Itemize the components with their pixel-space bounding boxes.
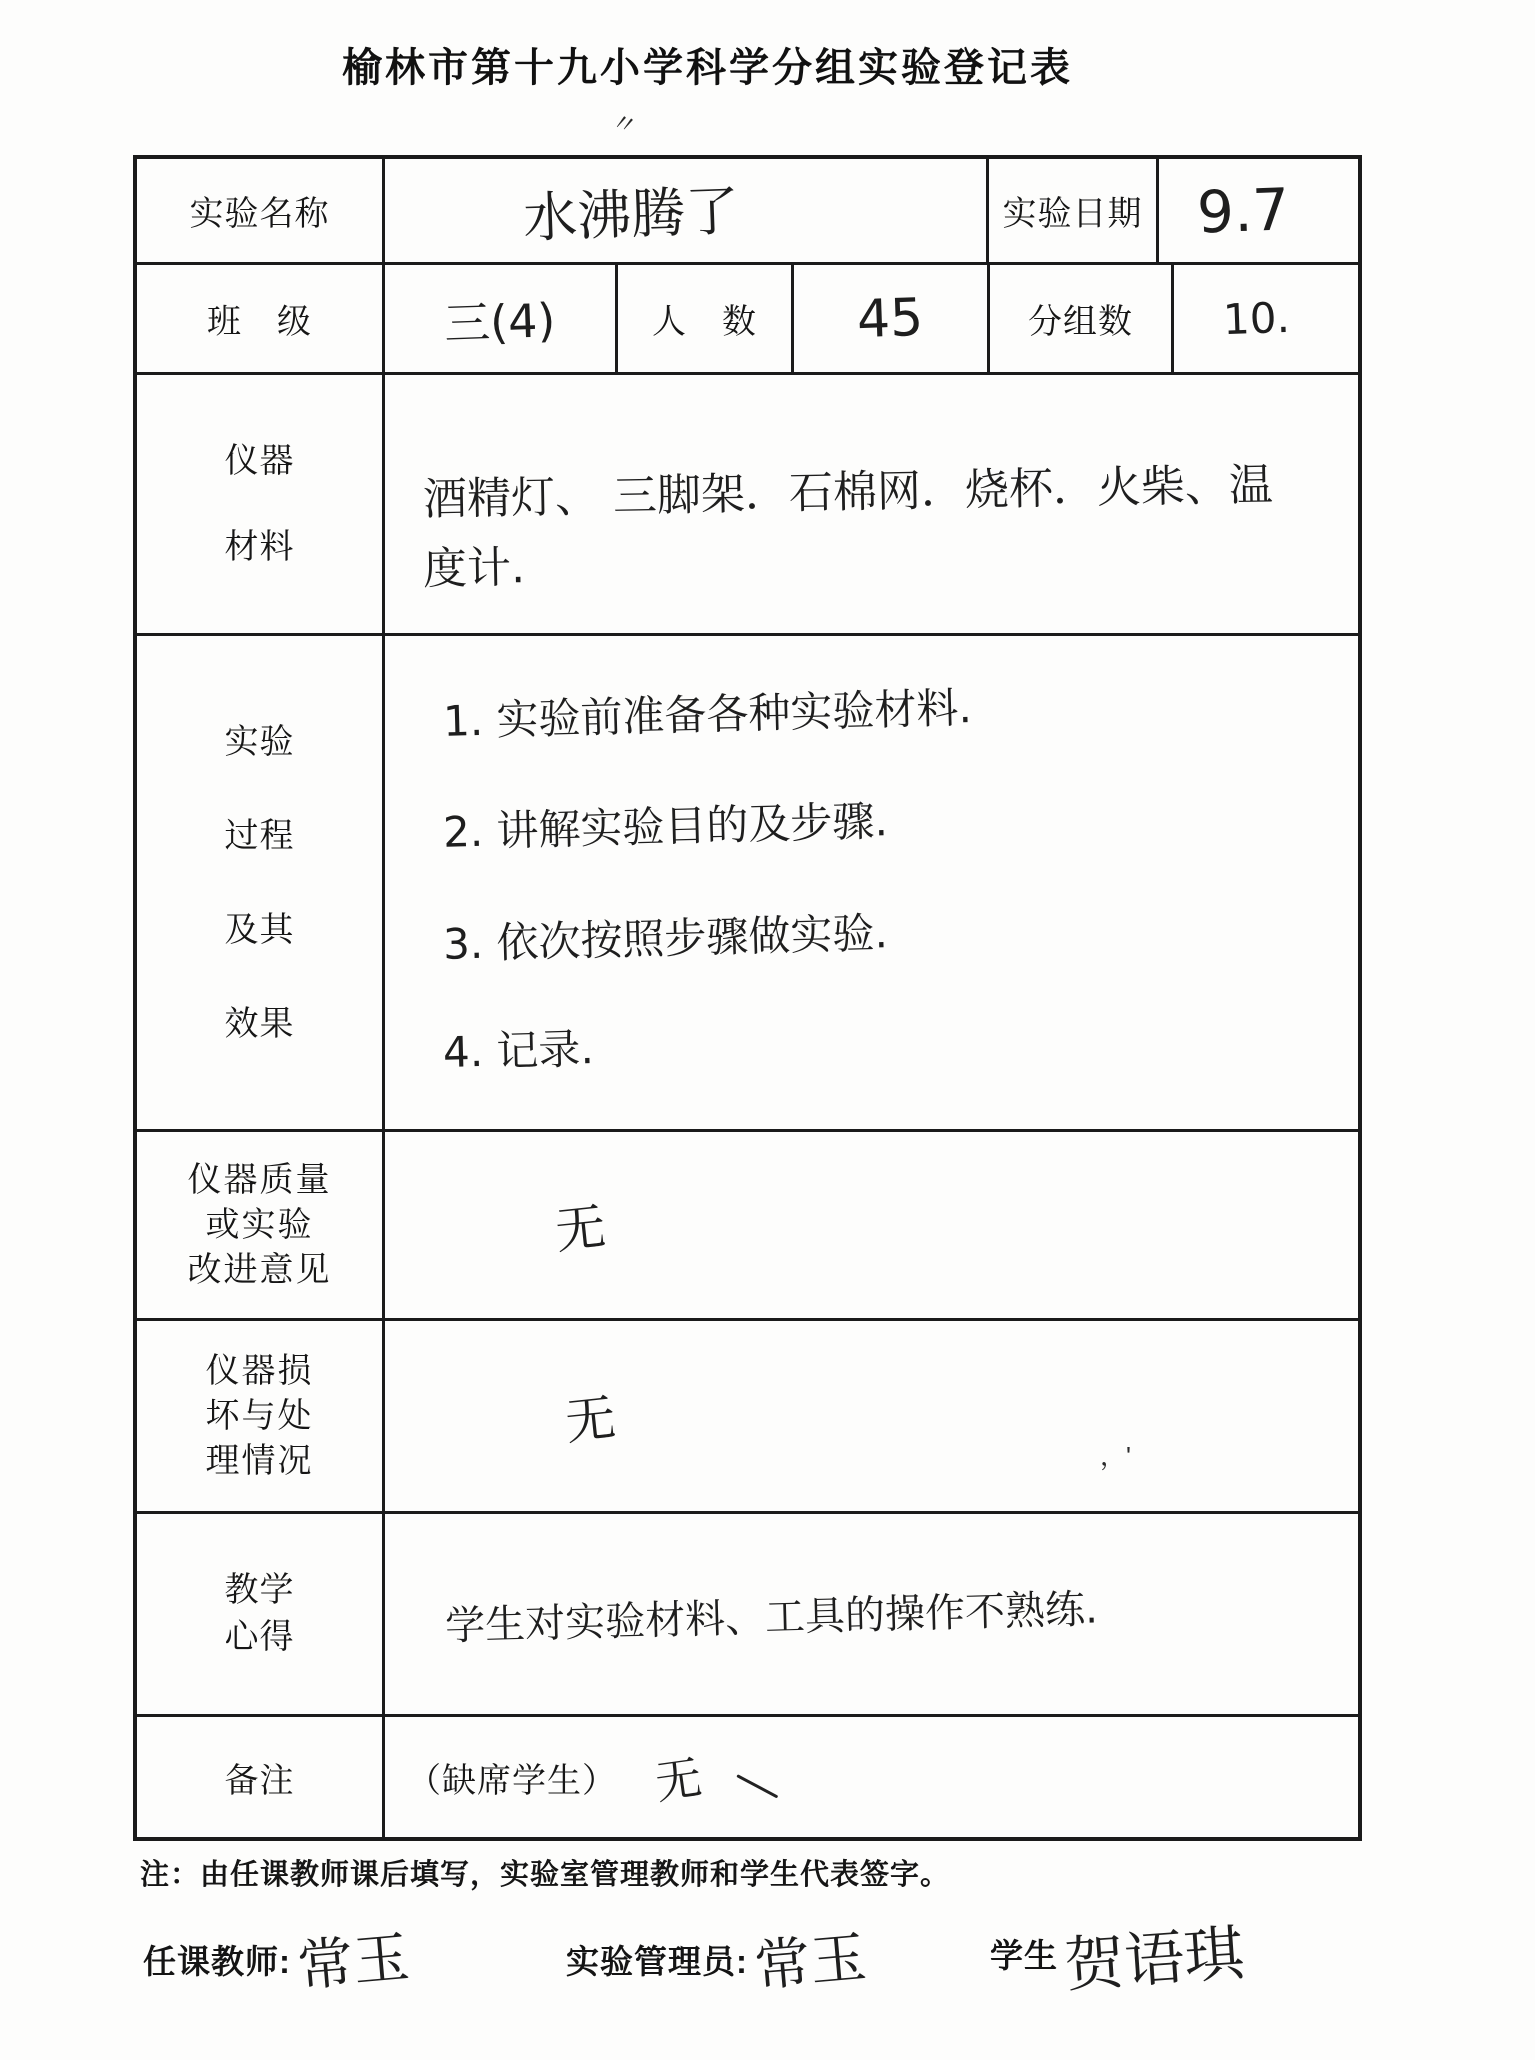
cell-experiment-name-label: 实验名称 xyxy=(137,159,385,262)
row-teaching-notes: 教学 心得 学生对实验材料、工具的操作不熟练. xyxy=(137,1514,1358,1717)
damage-label-line2: 坏与处 xyxy=(206,1394,314,1439)
manager-signature-label: 实验管理员: xyxy=(566,1918,748,1983)
scanned-form-page: 榆林市第十九小学科学分组实验登记表 〃 实验名称 水沸腾了 实验日期 9.7 班… xyxy=(0,0,1535,2060)
cell-class-value: 三(4) xyxy=(385,265,618,372)
process-step-4: 4. 记录. xyxy=(442,993,596,1109)
process-step-3: 3. 依次按照步骤做实验. xyxy=(442,877,890,1001)
teaching-handwritten: 学生对实验材料、工具的操作不熟练. xyxy=(444,1577,1098,1651)
damage-label-line3: 理情况 xyxy=(206,1439,314,1484)
teaching-label-line2: 心得 xyxy=(225,1614,295,1661)
row-experiment-name: 实验名称 水沸腾了 实验日期 9.7 xyxy=(137,159,1358,265)
class-handwritten: 三(4) xyxy=(443,284,556,354)
quality-label-line3: 改进意见 xyxy=(188,1248,332,1293)
process-label-line1: 实验 xyxy=(225,695,295,789)
quality-label-line2: 或实验 xyxy=(206,1203,314,1248)
teacher-signature-handwritten: 常玉 xyxy=(294,1913,413,2002)
cell-teaching-label: 教学 心得 xyxy=(137,1514,385,1714)
experiment-name-label: 实验名称 xyxy=(190,186,330,235)
cell-experiment-date-label: 实验日期 xyxy=(989,159,1159,262)
experiment-registration-table: 实验名称 水沸腾了 实验日期 9.7 班 级 三(4) 人 数 xyxy=(133,155,1362,1841)
apparatus-label-line2: 材料 xyxy=(225,504,295,590)
cell-remarks-value: （缺席学生） 无 xyxy=(385,1717,1358,1837)
process-step-1: 1. 实验前准备各种实验材料. xyxy=(442,652,974,778)
student-signature-group: 学生 贺语琪 xyxy=(990,1912,1244,1998)
cell-quality-label: 仪器质量 或实验 改进意见 xyxy=(137,1132,385,1318)
manager-signature-handwritten: 常玉 xyxy=(751,1913,870,2002)
cell-headcount-label: 人 数 xyxy=(618,265,794,372)
process-step-2: 2. 讲解实验目的及步骤. xyxy=(442,765,890,889)
pen-flourish xyxy=(736,1774,778,1798)
teacher-signature-group: 任课教师: 常玉 xyxy=(143,1918,409,1998)
scan-stray-mark-top: 〃 xyxy=(607,101,643,144)
footer-instruction-note: 注：由任课教师课后填写，实验室管理教师和学生代表签字。 xyxy=(140,1852,950,1893)
experiment-date-handwritten: 9.7 xyxy=(1196,175,1291,246)
row-class-info: 班 级 三(4) 人 数 45 分组数 10. xyxy=(137,265,1358,375)
student-signature-label: 学生 xyxy=(990,1912,1058,1977)
cell-class-label: 班 级 xyxy=(137,265,385,372)
form-title: 榆林市第十九小学科学分组实验登记表 xyxy=(0,36,1535,93)
scan-stray-mark-row6: ，' xyxy=(1100,1436,1131,1473)
cell-quality-value: 无 xyxy=(385,1132,1358,1318)
apparatus-handwritten-line1: 酒精灯、 三脚架．石棉网．烧杯．火柴、温 xyxy=(422,448,1273,539)
cell-group-count-value: 10. xyxy=(1174,265,1358,372)
remarks-handwritten-none: 无 xyxy=(651,1741,706,1813)
absent-students-prefix: （缺席学生） xyxy=(407,1753,617,1802)
process-label-line4: 效果 xyxy=(225,977,295,1071)
damage-label-line1: 仪器损 xyxy=(206,1349,314,1394)
apparatus-handwritten-line2: 度计. xyxy=(422,530,525,608)
quality-handwritten-none: 无 xyxy=(551,1187,608,1264)
row-damage-handling: 仪器损 坏与处 理情况 无 ，' xyxy=(137,1321,1358,1514)
process-label-line2: 过程 xyxy=(225,789,295,883)
group-count-label: 分组数 xyxy=(1028,294,1133,343)
damage-handwritten-none: 无 xyxy=(561,1378,618,1455)
manager-signature-group: 实验管理员: 常玉 xyxy=(566,1918,866,1998)
cell-remarks-label: 备注 xyxy=(137,1717,385,1837)
process-label-line3: 及其 xyxy=(225,883,295,977)
cell-damage-label: 仪器损 坏与处 理情况 xyxy=(137,1321,385,1511)
cell-group-count-label: 分组数 xyxy=(990,265,1174,372)
cell-experiment-date-value: 9.7 xyxy=(1159,159,1358,262)
row-quality-suggestion: 仪器质量 或实验 改进意见 无 xyxy=(137,1132,1358,1321)
cell-teaching-value: 学生对实验材料、工具的操作不熟练. xyxy=(385,1514,1358,1714)
row-remarks: 备注 （缺席学生） 无 xyxy=(137,1717,1358,1837)
cell-apparatus-value: 酒精灯、 三脚架．石棉网．烧杯．火柴、温 度计. xyxy=(385,375,1358,633)
remarks-label: 备注 xyxy=(225,1753,295,1802)
quality-label-line1: 仪器质量 xyxy=(188,1158,332,1203)
cell-apparatus-label: 仪器 材料 xyxy=(137,375,385,633)
experiment-name-handwritten: 水沸腾了 xyxy=(521,168,740,252)
row-process: 实验 过程 及其 效果 1. 实验前准备各种实验材料. 2. 讲解实验目的及步骤… xyxy=(137,636,1358,1132)
teaching-label-line1: 教学 xyxy=(225,1567,295,1614)
cell-damage-value: 无 ，' xyxy=(385,1321,1358,1511)
headcount-handwritten: 45 xyxy=(856,287,924,349)
cell-process-label: 实验 过程 及其 效果 xyxy=(137,636,385,1129)
teacher-signature-label: 任课教师: xyxy=(143,1918,291,1983)
class-label: 班 级 xyxy=(207,294,312,343)
cell-experiment-name-value: 水沸腾了 xyxy=(385,159,989,262)
cell-process-value: 1. 实验前准备各种实验材料. 2. 讲解实验目的及步骤. 3. 依次按照步骤做… xyxy=(385,636,1358,1129)
student-signature-handwritten: 贺语琪 xyxy=(1061,1906,1247,2004)
row-apparatus: 仪器 材料 酒精灯、 三脚架．石棉网．烧杯．火柴、温 度计. xyxy=(137,375,1358,636)
cell-headcount-value: 45 xyxy=(794,265,990,372)
apparatus-label-line1: 仪器 xyxy=(225,418,295,504)
experiment-date-label: 实验日期 xyxy=(1003,186,1143,235)
group-count-handwritten: 10. xyxy=(1222,293,1290,344)
headcount-label: 人 数 xyxy=(652,294,757,343)
